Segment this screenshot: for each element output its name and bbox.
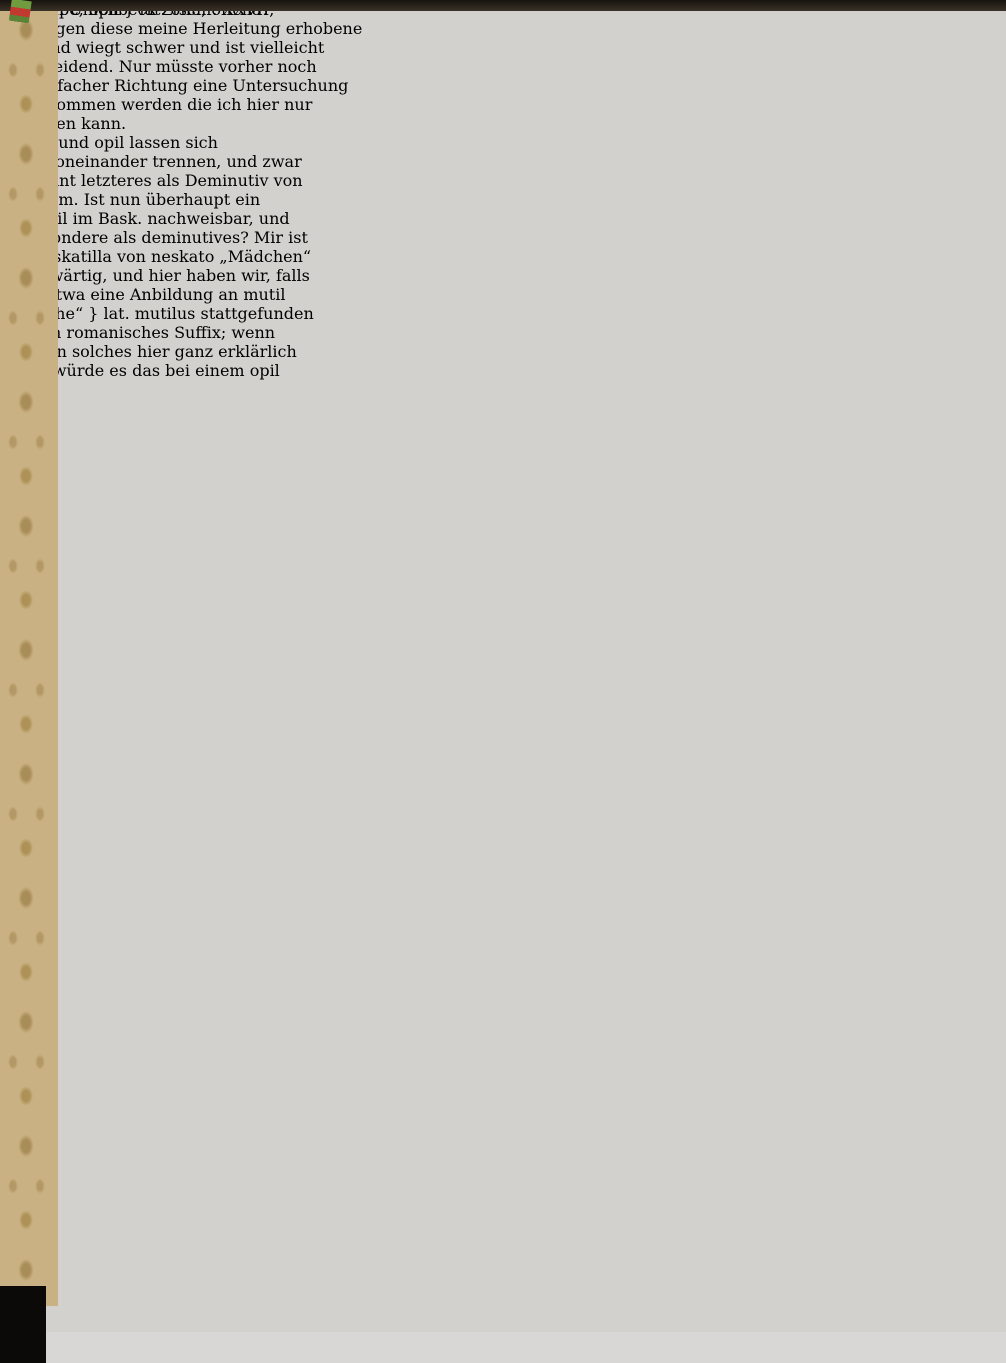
scanned-notebook-spread: { "page": { "folio_number": "168", "head… <box>0 0 1006 1363</box>
binding-top-edge <box>0 0 1006 11</box>
scanner-background <box>0 1332 1006 1363</box>
word-segment: opil <box>94 133 124 152</box>
scan-corner-shadow <box>0 1286 46 1363</box>
word-segment: il <box>57 209 67 228</box>
word-segment: mutilus <box>135 304 196 323</box>
word-segment: mutil <box>243 285 285 304</box>
word-segment: „Mädchen“ <box>214 247 311 266</box>
word-segment: von <box>112 247 151 266</box>
word-segment: stattgefunden <box>195 304 313 323</box>
word-segment: opil <box>250 361 280 380</box>
word-segment: lassen sich <box>124 133 218 152</box>
word-segment: und <box>53 133 94 152</box>
endband-threads <box>8 0 31 27</box>
page-edge-stack <box>982 168 1004 1318</box>
word-segment: im Bask. nachweisbar, und <box>68 209 290 228</box>
endpaper-pattern <box>0 6 58 1306</box>
word-segment: neskato <box>151 247 214 266</box>
